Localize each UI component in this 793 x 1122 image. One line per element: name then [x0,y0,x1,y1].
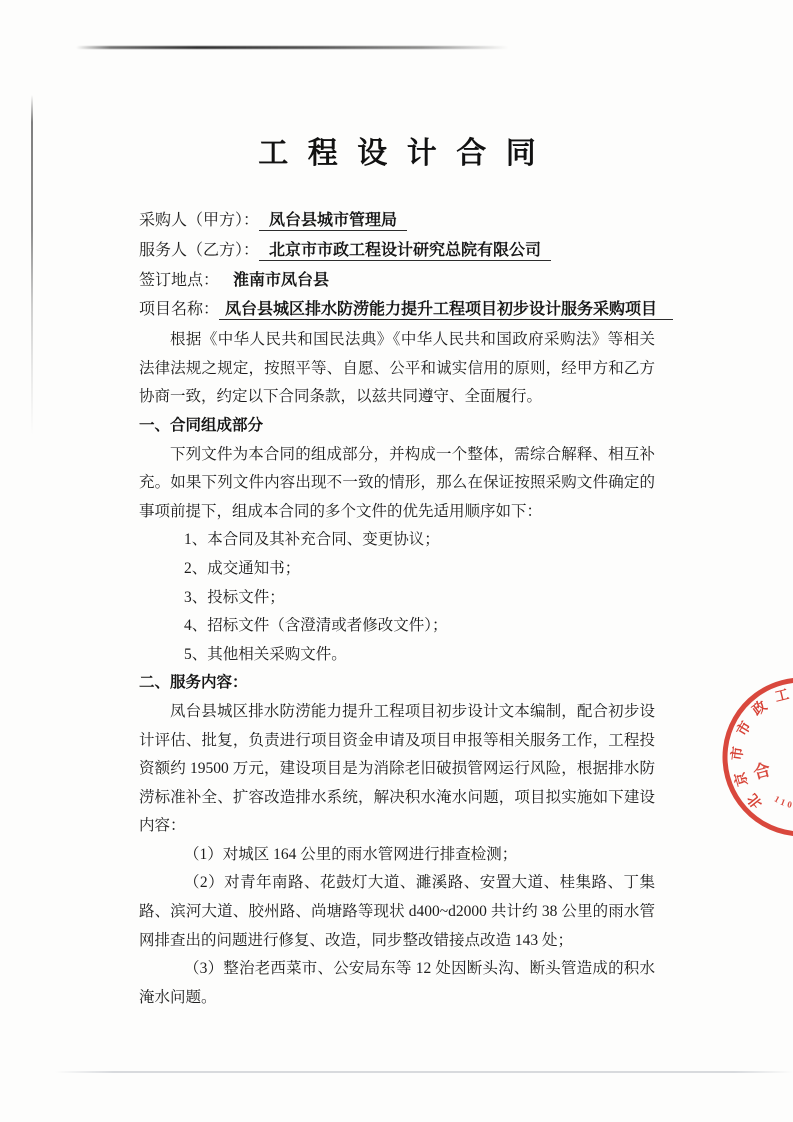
preamble-paragraph: 根据《中华人民共和国民法典》《中华人民共和国政府采购法》等相关法律法规之规定，按… [139,326,655,412]
section2-paragraph: 凤台县城区排水防涝能力提升工程项目初步设计文本编制，配合初步设计评估、批复，负责… [139,698,655,841]
field-signing-place: 签订地点：淮南市凤台县 [139,266,655,296]
field-project-name-label: 项目名称： [139,301,219,318]
contract-scan-page: 工程设计合同 采购人（甲方）：凤台县城市管理局 服务人（乙方）：北京市市政工程设… [0,0,793,1122]
field-service-provider: 服务人（乙方）：北京市市政工程设计研究总院有限公司 [139,236,655,266]
section2-heading: 二、服务内容： [139,669,655,698]
section1-item-3: 3、投标文件； [139,584,655,613]
section1-heading: 一、合同组成部分 [139,412,655,441]
section1-item-4: 4、招标文件（含澄清或者修改文件）； [139,612,655,641]
field-purchaser: 采购人（甲方）：凤台县城市管理局 [139,206,655,236]
section1-item-5: 5、其他相关采购文件。 [139,641,655,670]
field-project-name: 项目名称：凤台县城区排水防涝能力提升工程项目初步设计服务采购项目 [139,295,655,325]
field-signing-place-value: 淮南市凤台县 [233,272,329,289]
scan-artifact-bottom-edge [55,1071,793,1073]
field-service-provider-value: 北京市市政工程设计研究总院有限公司 [259,242,551,261]
section2-item-1: （1）对城区 164 公里的雨水管网进行排查检测； [139,841,655,870]
field-purchaser-label: 采购人（甲方）： [139,212,259,229]
section2-item-3: （3）整治老西菜市、公安局东等 12 处因断头沟、断头管造成的积水淹水问题。 [139,955,655,1012]
document-body: 根据《中华人民共和国民法典》《中华人民共和国政府采购法》等相关法律法规之规定，按… [139,326,655,1012]
document-content: 工程设计合同 采购人（甲方）：凤台县城市管理局 服务人（乙方）：北京市市政工程设… [139,0,655,1012]
header-fields: 采购人（甲方）：凤台县城市管理局 服务人（乙方）：北京市市政工程设计研究总院有限… [139,206,655,325]
field-purchaser-value: 凤台县城市管理局 [259,212,407,231]
section1-item-1: 1、本合同及其补充合同、变更协议； [139,526,655,555]
seal-serial-digits: 110 [771,790,793,816]
field-project-name-value: 凤台县城区排水防涝能力提升工程项目初步设计服务采购项目 [219,301,673,320]
section2-item-2: （2）对青年南路、花鼓灯大道、濉溪路、安置大道、桂集路、丁集路、滨河大道、胶州路… [139,869,655,955]
section1-item-2: 2、成交通知书； [139,555,655,584]
seal-center-text: 合 [751,759,773,783]
section1-intro: 下列文件为本合同的组成部分，并构成一个整体，需综合解释、相互补充。如果下列文件内… [139,441,655,527]
scan-artifact-left-line [31,95,33,435]
red-seal-stamp: 北京市市政工 合 110 [713,667,793,847]
field-service-provider-label: 服务人（乙方）： [139,242,259,259]
field-signing-place-label: 签订地点： [139,272,219,289]
document-title: 工程设计合同 [139,136,655,172]
